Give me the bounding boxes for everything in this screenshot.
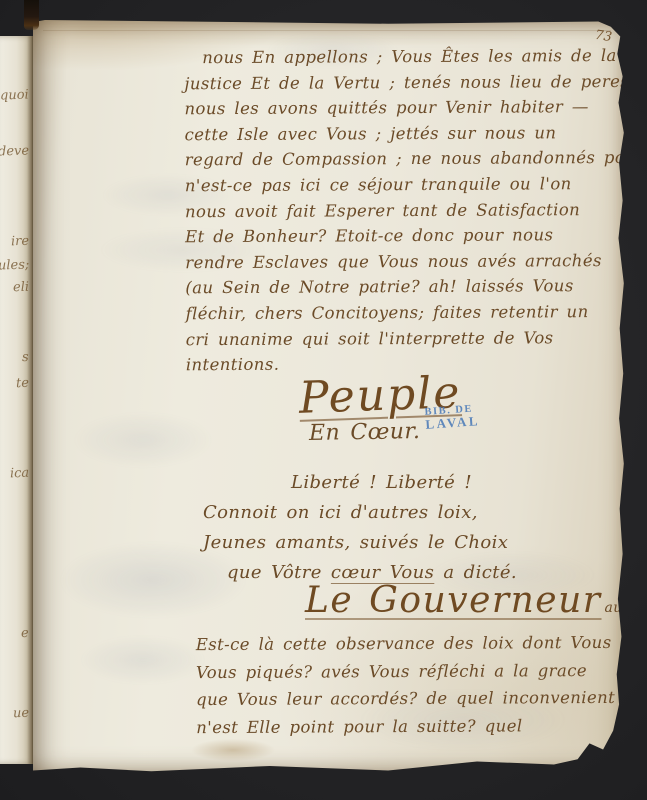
heading-gouverneur-row: Le Gouverneur au peuple. <box>305 580 647 621</box>
facing-page-text-fragment: te <box>16 376 29 391</box>
manuscript-line: cri unanime qui soit l'interprette de Vo… <box>186 324 647 352</box>
manuscript-line: (au Sein de Notre patrie? ah! laissés Vo… <box>185 273 647 301</box>
verse-line: Jeunes amants, suivés le Choix <box>203 528 517 558</box>
facing-page-text-fragment: ue <box>13 706 30 722</box>
manuscript-line: que Vous leur accordés? de quel inconven… <box>196 684 615 714</box>
verse-line: Liberté ! Liberté ! <box>203 468 517 498</box>
facing-page-text-fragment: ules; <box>0 257 29 273</box>
facing-page-fragments: quoideveireules;elisteicaeue <box>0 36 33 764</box>
manuscript-line: Est-ce là cette observance des loix dont… <box>196 629 615 659</box>
library-stamp-line2: LAVAL <box>425 415 480 431</box>
paragraph-governor-speech: Est-ce là cette observance des loix dont… <box>196 629 616 741</box>
manuscript-line: n'est-ce pas ici ce séjour tranquile ou … <box>185 171 647 199</box>
binding-gutter-mark <box>24 0 39 30</box>
manuscript-page: 73 nous En appellons ; Vous Êtes les ami… <box>33 20 625 772</box>
facing-page-text-fragment: s <box>22 350 29 365</box>
facing-page-edge: quoideveireules;elisteicaeue <box>0 36 33 764</box>
facing-page-text-fragment: deve <box>0 143 29 159</box>
heading-le-gouverneur: Le Gouverneur <box>305 580 602 621</box>
manuscript-line: fléchir, chers Concitoyens; faites reten… <box>185 299 647 327</box>
facing-page-text-fragment: ire <box>11 234 30 250</box>
facing-page-text-fragment: quoi <box>0 88 29 104</box>
manuscript-line: regard de Compassion ; ne nous abandonné… <box>185 145 647 173</box>
manuscript-line: nous En appellons ; Vous Êtes les amis d… <box>184 43 647 71</box>
manuscript-line: cette Isle avec Vous ; jettés sur nous u… <box>185 120 647 148</box>
verse-block: Liberté ! Liberté ! Connoit on ici d'aut… <box>203 468 517 588</box>
heading-au-peuple: au peuple. <box>605 600 647 616</box>
manuscript-line: n'est Elle point pour la suitte? quel <box>196 711 615 741</box>
verse-line: Connoit on ici d'autres loix, <box>203 498 517 528</box>
photograph-background: quoideveireules;elisteicaeue 73 nous En … <box>0 0 647 800</box>
facing-page-text-fragment: eli <box>13 280 30 296</box>
manuscript-line: justice Et de la Vertu ; tenés nous lieu… <box>184 68 647 96</box>
manuscript-line: rendre Esclaves que Vous nous avés arrac… <box>185 248 647 276</box>
paragraph-plea-to-people: nous En appellons ; Vous Êtes les amis d… <box>184 43 647 378</box>
heading-en-choeur: En Cœur. <box>309 419 421 446</box>
library-stamp: BIB. DE LAVAL <box>424 403 480 431</box>
manuscript-line: Vous piqués? avés Vous réfléchi a la gra… <box>196 656 615 686</box>
facing-page-text-fragment: e <box>21 626 29 641</box>
manuscript-line: nous les avons quittés pour Venir habite… <box>184 94 647 122</box>
manuscript-line: Et de Bonheur? Etoit-ce donc pour nous <box>185 222 647 250</box>
manuscript-line: nous avoit fait Esperer tant de Satisfac… <box>185 196 647 224</box>
facing-page-text-fragment: ica <box>10 466 30 482</box>
